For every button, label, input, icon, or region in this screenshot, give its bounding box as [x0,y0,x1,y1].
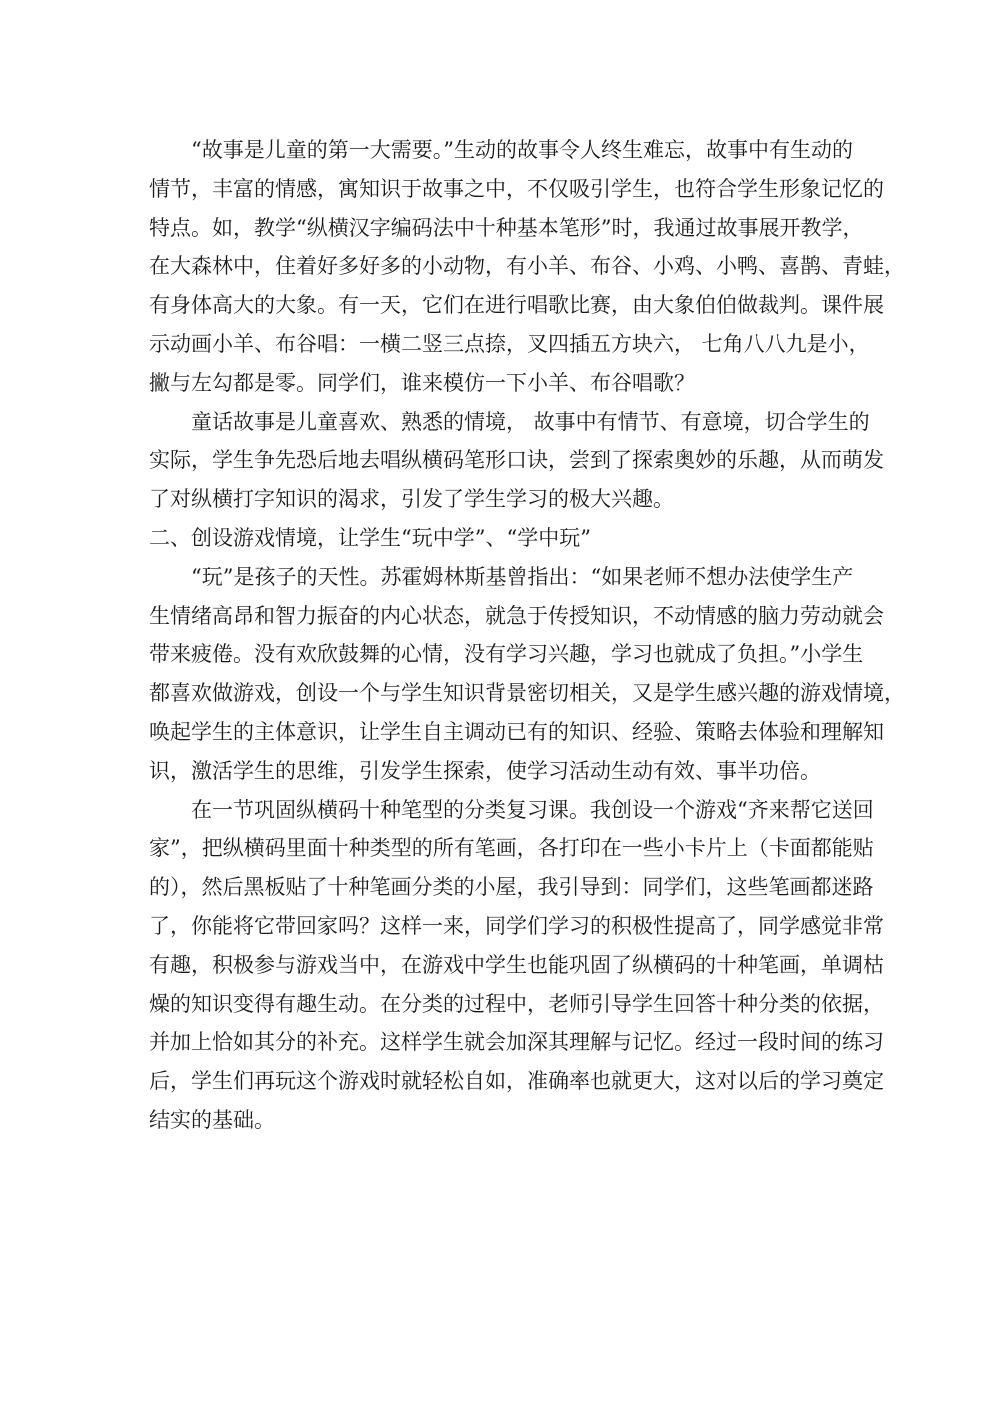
paragraph-first-line: 童话故事是儿童喜欢、熟悉的情境， 故事中有情节、有意境，切合学生的 [191,407,849,437]
text-line: 情节，丰富的情感，寓知识于故事之中，不仅吸引学生，也符合学生形象记忆的 [149,174,849,204]
document-page: “故事是儿童的第一大需要。”生动的故事令人终生难忘，故事中有生动的情节，丰富的情… [0,0,992,1403]
text-line: 有身体高大的大象。有一天，它们在进行唱歌比赛，由大象伯伯做裁判。课件展 [149,290,849,320]
text-line: 并加上恰如其分的补充。这样学生就会加深其理解与记忆。经过一段时间的练习 [149,1027,849,1057]
text-line: 家”，把纵横码里面十种类型的所有笔画，各打印在一些小卡片上（卡面都能贴 [149,833,849,863]
text-line: 二、创设游戏情境，让学生“玩中学”、“学中玩” [149,523,849,553]
text-line: 带来疲倦。没有欢欣鼓舞的心情，没有学习兴趣，学习也就成了负担。”小学生 [149,639,849,669]
text-line: 实际，学生争先恐后地去唱纵横码笔形口诀，尝到了探索奥妙的乐趣，从而萌发 [149,445,849,475]
text-line: 燥的知识变得有趣生动。在分类的过程中，老师引导学生回答十种分类的依据， [149,989,849,1019]
text-line: 后，学生们再玩这个游戏时就轻松自如，准确率也就更大，这对以后的学习奠定 [149,1066,849,1096]
text-line: 生情绪高昂和智力振奋的内心状态，就急于传授知识，不动情感的脑力劳动就会 [149,601,849,631]
paragraph-first-line: “故事是儿童的第一大需要。”生动的故事令人终生难忘，故事中有生动的 [191,135,849,165]
text-line: 了对纵横打字知识的渴求，引发了学生学习的极大兴趣。 [149,484,849,514]
text-line: 撇与左勾都是零。同学们，谁来模仿一下小羊、布谷唱歌？ [149,368,849,398]
text-line: 都喜欢做游戏，创设一个与学生知识背景密切相关，又是学生感兴趣的游戏情境， [149,678,849,708]
text-line: 特点。如，教学“纵横汉字编码法中十种基本笔形”时，我通过故事展开教学， [149,213,849,243]
text-line: 识，激活学生的思维，引发学生探索，使学习活动生动有效、事半功倍。 [149,756,849,786]
text-line: 了，你能将它带回家吗？这样一来，同学们学习的积极性提高了，同学感觉非常 [149,911,849,941]
text-line: 的），然后黑板贴了十种笔画分类的小屋，我引导到：同学们，这些笔画都迷路 [149,872,849,902]
text-line: 有趣，积极参与游戏当中，在游戏中学生也能巩固了纵横码的十种笔画，单调枯 [149,950,849,980]
text-line: 示动画小羊、布谷唱：一横二竖三点捺，叉四插五方块六， 七角八八九是小， [149,329,849,359]
text-line: 在大森林中，住着好多好多的小动物，有小羊、布谷、小鸡、小鸭、喜鹊、青蛙， [149,251,849,281]
text-line: 结实的基础。 [149,1105,849,1135]
paragraph-first-line: “玩”是孩子的天性。苏霍姆林斯基曾指出：“如果老师不想办法使学生产 [191,562,849,592]
paragraph-first-line: 在一节巩固纵横码十种笔型的分类复习课。我创设一个游戏“齐来帮它送回 [191,795,849,825]
text-line: 唤起学生的主体意识，让学生自主调动已有的知识、经验、策略去体验和理解知 [149,717,849,747]
